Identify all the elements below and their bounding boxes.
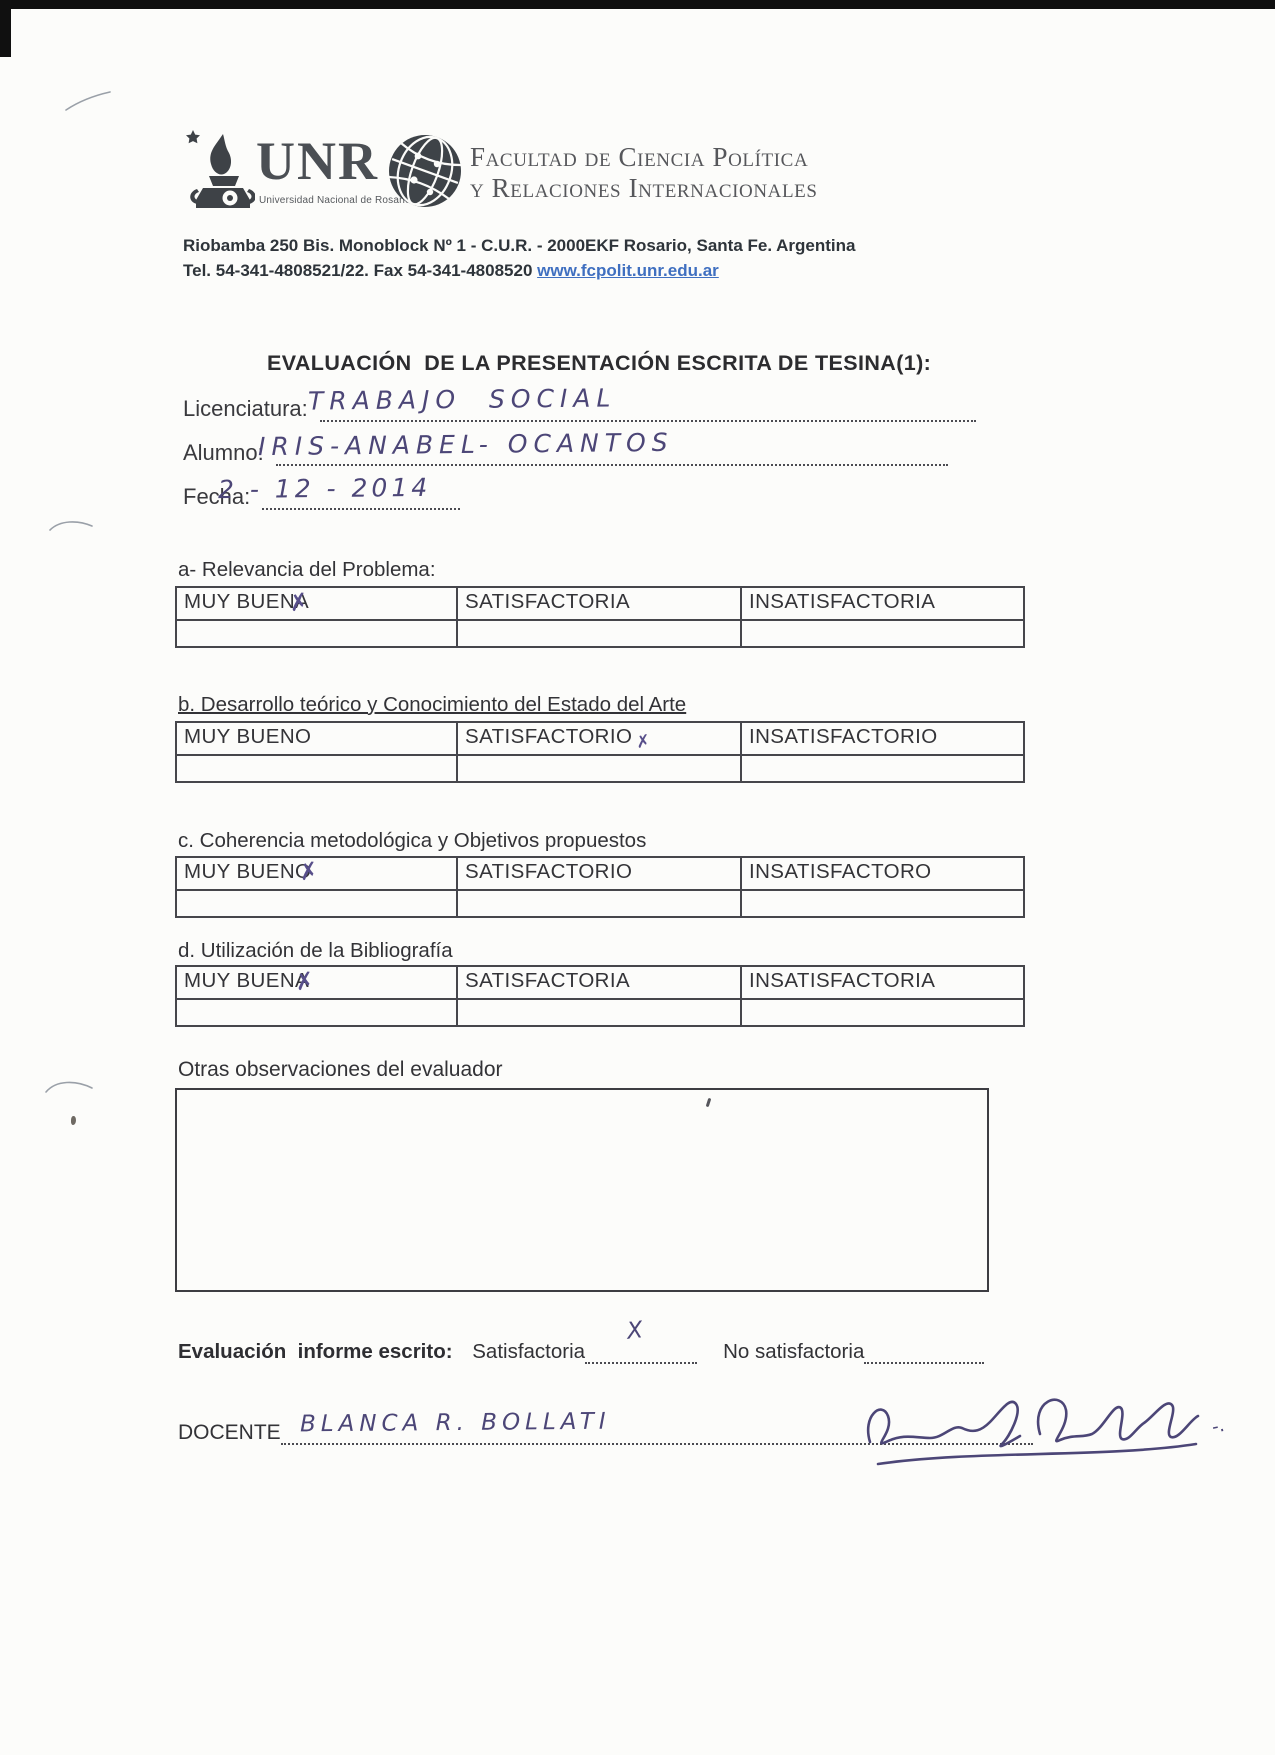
- no-satisfactoria-label: No satisfactoria: [723, 1340, 864, 1364]
- table-empty-cell: [742, 1000, 1023, 1025]
- final-evaluation-label: Evaluación informe escrito:: [178, 1340, 472, 1364]
- option-label: MUY BUENO: [184, 725, 311, 748]
- option-label: SATISFACTORIO: [465, 725, 632, 748]
- option-cell: INSATISFACTORO: [742, 858, 1023, 891]
- docente-label: DOCENTE: [178, 1421, 281, 1445]
- satisfactoria-label: Satisfactoria: [472, 1340, 585, 1364]
- scan-edge-artifact-top: [0, 0, 1275, 9]
- table-empty-cell: [177, 756, 458, 781]
- ink-speck: [71, 1116, 76, 1125]
- section-b-label: b. Desarrollo teórico y Conocimiento del…: [178, 693, 686, 717]
- handwritten-x-mark: ✗: [297, 857, 321, 886]
- section-a-label: a- Relevancia del Problema:: [178, 558, 436, 582]
- faculty-name: Facultad de Ciencia Política y Relacione…: [470, 142, 818, 204]
- option-cell: SATISFACTORIA: [458, 967, 742, 1000]
- option-cell: INSATISFACTORIA: [742, 967, 1023, 1000]
- section-b-table: MUY BUENO SATISFACTORIO✗ INSATISFACTORIO: [175, 721, 1025, 783]
- form-title: EVALUACIÓN DE LA PRESENTACIÓN ESCRITA DE…: [267, 351, 931, 376]
- handwritten-x-mark: X: [626, 1317, 644, 1345]
- faculty-name-line2: y Relaciones Internacionales: [470, 173, 818, 204]
- section-d-label: d. Utilización de la Bibliografía: [178, 939, 453, 963]
- scanned-evaluation-form: UNR Universidad Nacional de Rosario Facu…: [0, 0, 1275, 1755]
- option-label: SATISFACTORIA: [465, 590, 630, 613]
- dotted-leader: [864, 1342, 984, 1364]
- address-line: Riobamba 250 Bis. Monoblock Nº 1 - C.U.R…: [183, 236, 856, 256]
- handwritten-x-mark: ✗: [634, 731, 652, 753]
- table-empty-cell: [177, 621, 458, 646]
- table-empty-cell: [458, 756, 742, 781]
- docente-handwritten-name: BLANCA R. BOLLATI: [300, 1409, 611, 1438]
- final-evaluation-row: Evaluación informe escrito: Satisfactori…: [178, 1340, 984, 1364]
- table-empty-cell: [177, 891, 458, 916]
- scan-edge-artifact-left: [0, 0, 11, 57]
- observations-label: Otras observaciones del evaluador: [178, 1058, 503, 1082]
- pencil-mark: [46, 516, 96, 536]
- globe-icon: [387, 133, 463, 209]
- section-d-table: MUY BUENA✗ SATISFACTORIA INSATISFACTORIA: [175, 965, 1025, 1027]
- option-label: MUY BUENA: [184, 969, 309, 992]
- unr-acronym: UNR: [256, 130, 379, 192]
- unr-torch-logo-icon: [183, 128, 255, 218]
- website-link[interactable]: www.fcpolit.unr.edu.ar: [537, 261, 719, 280]
- option-cell: MUY BUENO: [177, 723, 458, 756]
- section-c-table: MUY BUENO✗ SATISFACTORIO INSATISFACTORO: [175, 856, 1025, 918]
- option-label: INSATISFACTORIA: [749, 969, 935, 992]
- option-cell: SATISFACTORIA: [458, 588, 742, 621]
- pen-end-mark: -.: [1210, 1415, 1226, 1438]
- faculty-name-line1: Facultad de Ciencia Política: [470, 142, 818, 173]
- phone-line: Tel. 54-341-4808521/22. Fax 54-341-48085…: [183, 261, 719, 281]
- option-cell: MUY BUENO✗: [177, 858, 458, 891]
- licenciatura-handwritten-value: TRABAJO SOCIAL: [308, 383, 617, 415]
- ink-speck: [706, 1098, 712, 1107]
- observations-box: [175, 1088, 989, 1292]
- alumno-handwritten-value: IRIS-ANABEL- OCANTOS: [258, 428, 674, 461]
- table-empty-cell: [458, 1000, 742, 1025]
- option-cell: MUY BUENA✗: [177, 588, 458, 621]
- option-label: MUY BUENO: [184, 860, 311, 883]
- pencil-mark: [62, 88, 114, 114]
- table-empty-cell: [458, 891, 742, 916]
- phone-text: Tel. 54-341-4808521/22. Fax 54-341-48085…: [183, 261, 537, 280]
- section-c-label: c. Coherencia metodológica y Objetivos p…: [178, 829, 646, 853]
- pencil-mark: [42, 1076, 96, 1098]
- fecha-handwritten-value: 2 - 12 - 2014: [218, 473, 431, 504]
- docente-signature: [862, 1390, 1210, 1485]
- table-empty-cell: [742, 891, 1023, 916]
- option-label: INSATISFACTORIO: [749, 725, 938, 748]
- option-cell: INSATISFACTORIO: [742, 723, 1023, 756]
- option-cell: SATISFACTORIO✗: [458, 723, 742, 756]
- option-cell: SATISFACTORIO: [458, 858, 742, 891]
- section-a-table: MUY BUENA✗ SATISFACTORIA INSATISFACTORIA: [175, 586, 1025, 648]
- table-empty-cell: [458, 621, 742, 646]
- option-label: SATISFACTORIA: [465, 969, 630, 992]
- option-cell: INSATISFACTORIA: [742, 588, 1023, 621]
- table-empty-cell: [177, 1000, 458, 1025]
- handwritten-x-mark: ✗: [293, 967, 317, 996]
- option-label: SATISFACTORIO: [465, 860, 632, 883]
- table-empty-cell: [742, 756, 1023, 781]
- table-empty-cell: [742, 621, 1023, 646]
- option-label: INSATISFACTORIA: [749, 590, 935, 613]
- dotted-leader: X: [585, 1342, 697, 1364]
- handwritten-x-mark: ✗: [287, 588, 311, 617]
- option-cell: MUY BUENA✗: [177, 967, 458, 1000]
- option-label: INSATISFACTORO: [749, 860, 932, 883]
- licenciatura-label: Licenciatura:: [183, 396, 320, 422]
